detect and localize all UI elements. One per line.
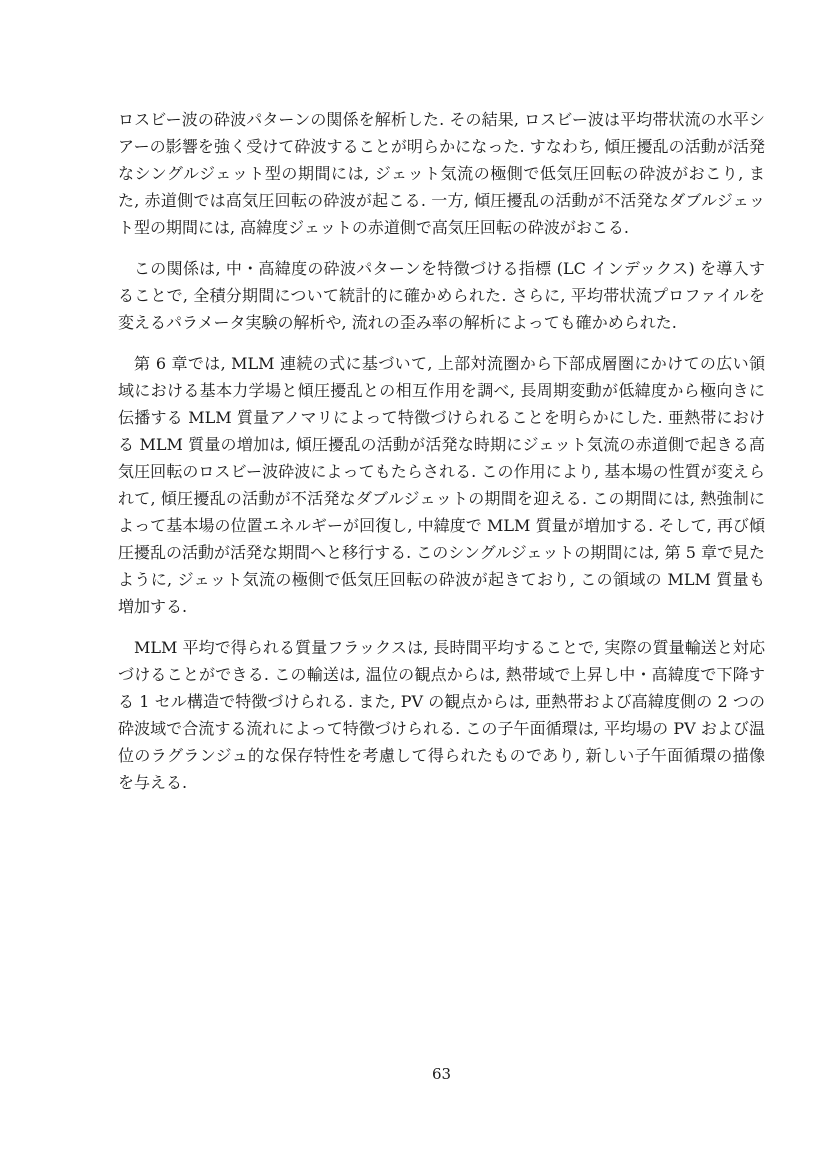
paragraph-chapter-6-mlm: 第 6 章では, MLM 連続の式に基づいて, 上部対流圏から下部成層圏にかけて… [118,350,765,620]
page-number: 63 [432,1065,451,1083]
paragraph-rossby-wave-breaking: ロスビー波の砕波パターンの関係を解析した. その結果, ロスビー波は平均帯状流の… [118,106,765,241]
page-body: ロスビー波の砕波パターンの関係を解析した. その結果, ロスビー波は平均帯状流の… [118,106,765,810]
paragraph-mlm-mass-flux: MLM 平均で得られる質量フラックスは, 長時間平均することで, 実際の質量輸送… [118,634,765,796]
page-footer: 63 [118,1065,765,1084]
document-page: ロスビー波の砕波パターンの関係を解析した. その結果, ロスビー波は平均帯状流の… [0,0,826,1169]
paragraph-lc-index: この関係は, 中・高緯度の砕波パターンを特徴づける指標 (LC インデックス) … [118,255,765,336]
